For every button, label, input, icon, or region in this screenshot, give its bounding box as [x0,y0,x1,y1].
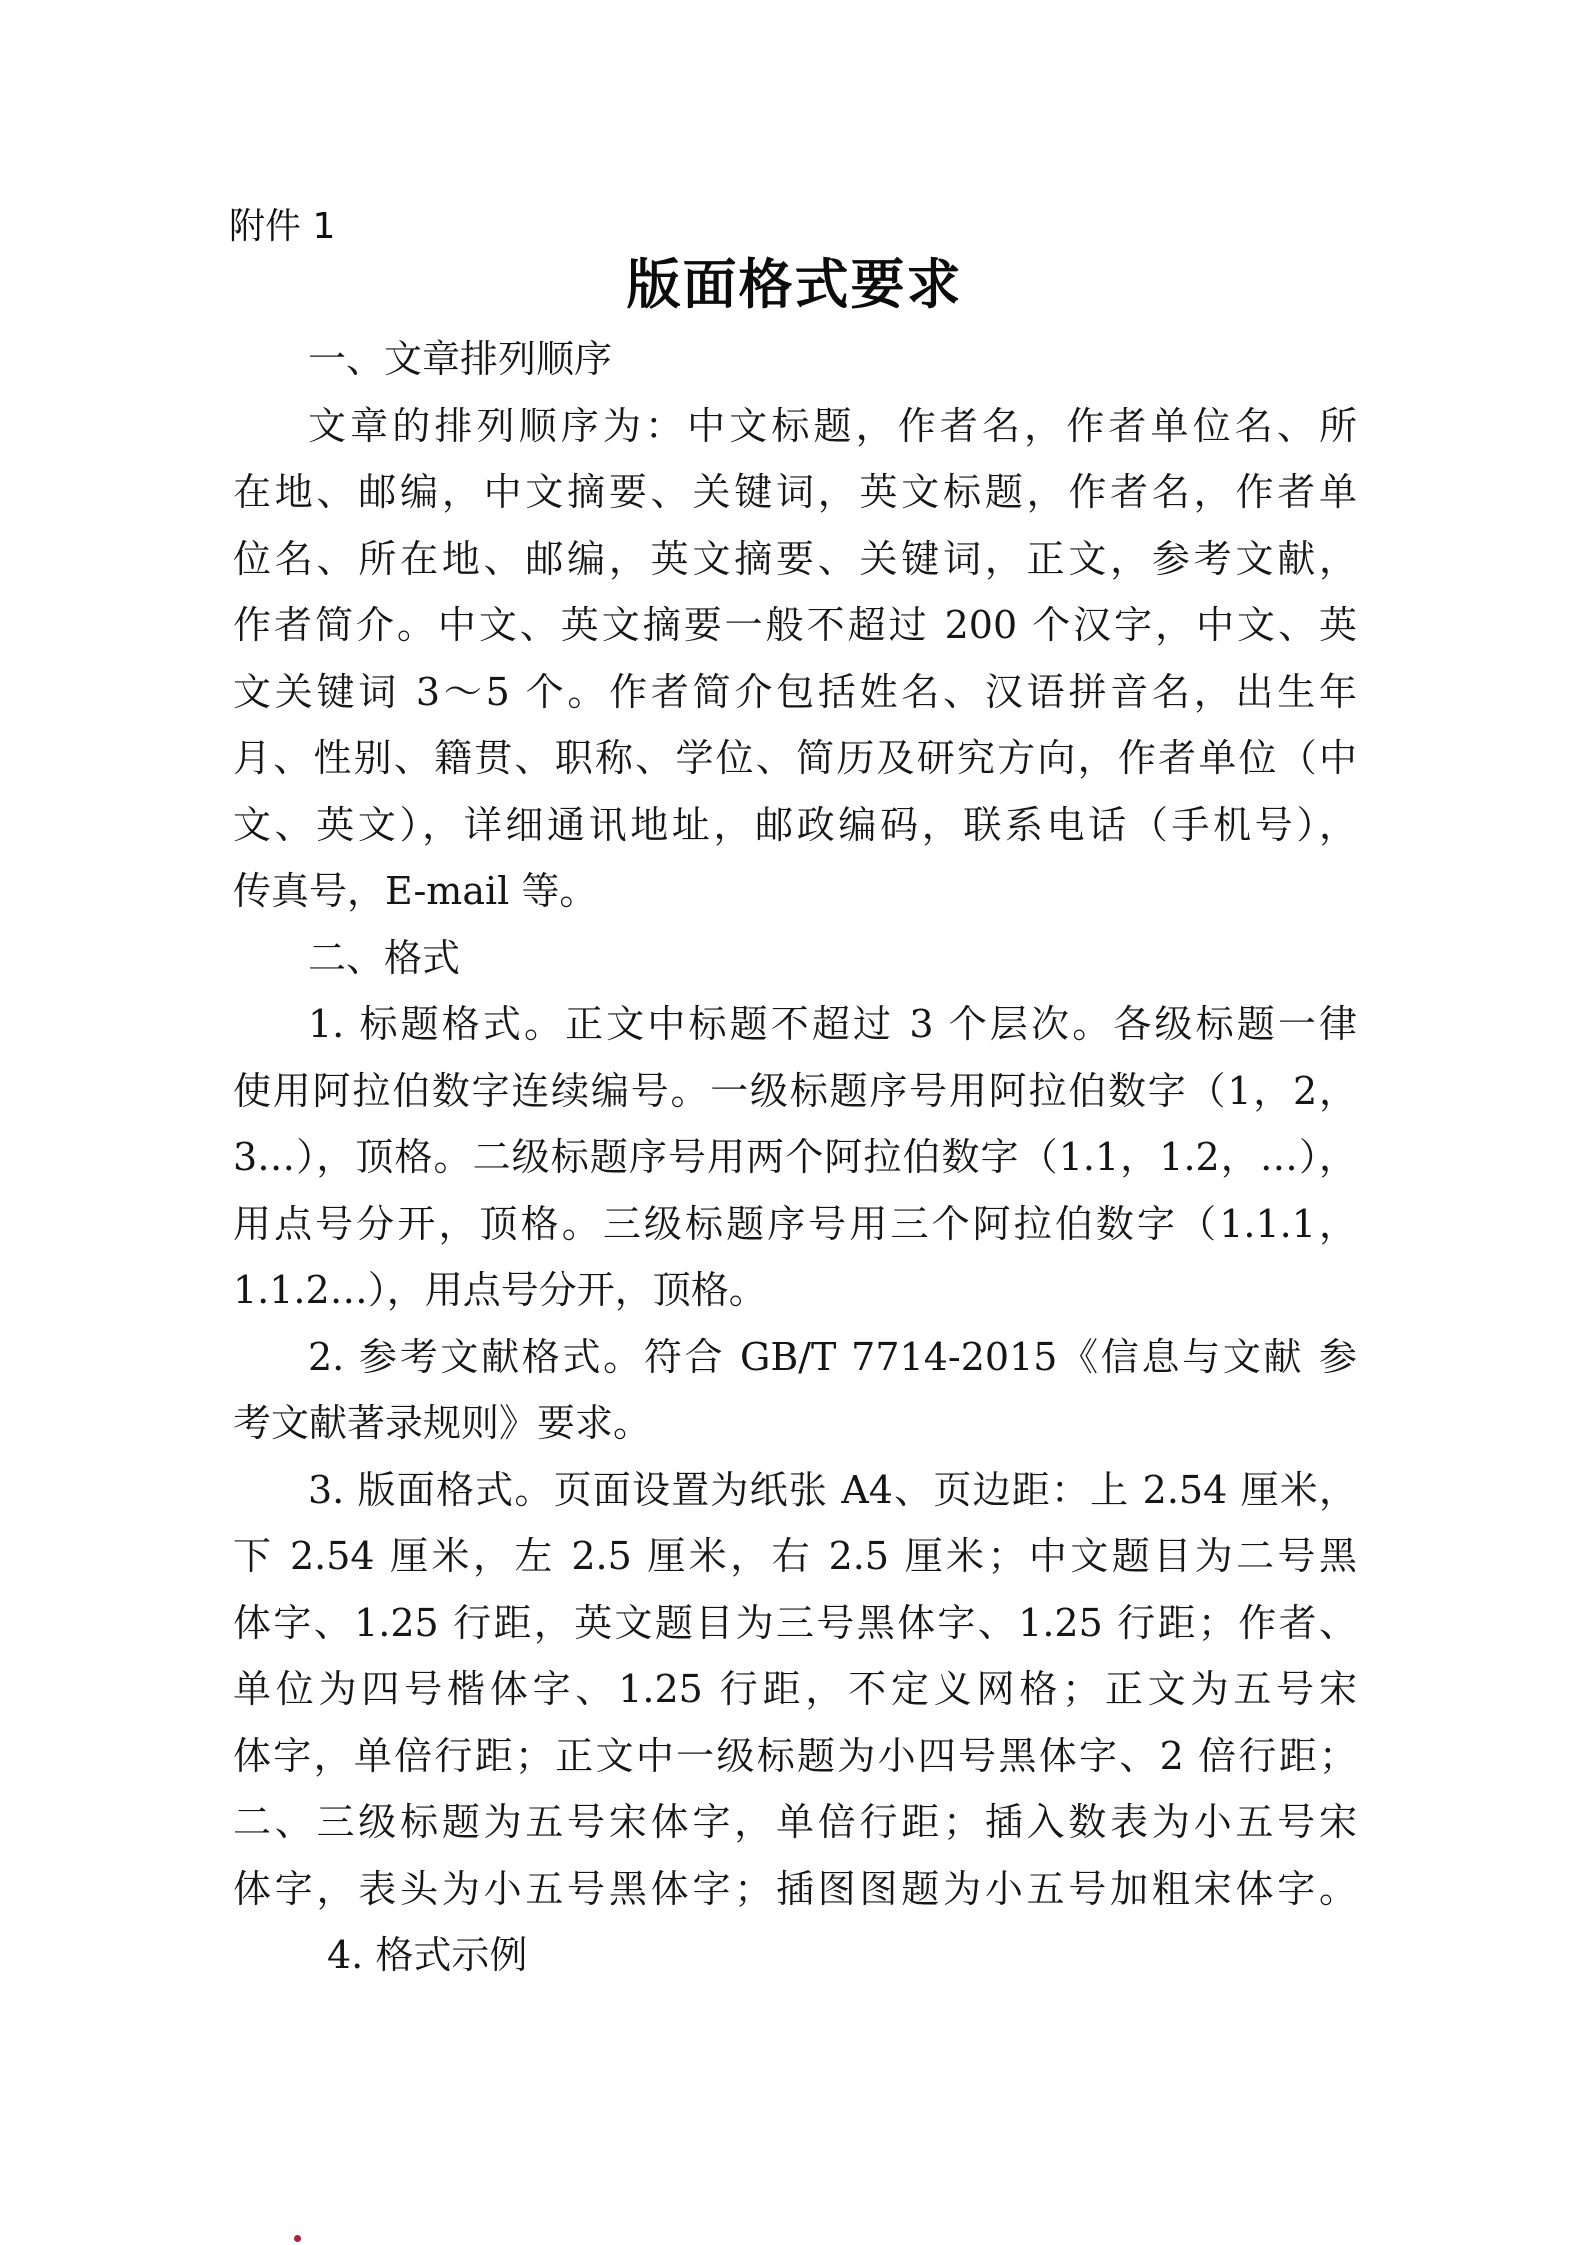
paragraph-line: 3…），顶格。二级标题序号用两个阿拉伯数字（1.1，1.2，…）， [233,1124,1357,1191]
paragraph-line: 在地、邮编，中文摘要、关键词，英文标题，作者名，作者单 [233,459,1357,526]
paragraph-line: 文、英文），详细通讯地址，邮政编码，联系电话（手机号）， [233,792,1357,859]
document-title: 版面格式要求 [0,252,1589,318]
attachment-label: 附件 1 [229,203,335,251]
paragraph-line: 二、三级标题为五号宋体字，单倍行距；插入数表为小五号宋 [233,1789,1357,1856]
section-heading-format: 二、格式 [233,925,1357,992]
paragraph-line: 下 2.54 厘米，左 2.5 厘米，右 2.5 厘米；中文题目为二号黑 [233,1523,1357,1590]
document-body: 一、文章排列顺序 文章的排列顺序为：中文标题，作者名，作者单位名、所 在地、邮编… [233,326,1357,1989]
paragraph-line-format-example: 4. 格式示例 [233,1922,1357,1989]
paragraph-line: 作者简介。中文、英文摘要一般不超过 200 个汉字，中文、英 [233,592,1357,659]
paragraph-line: 单位为四号楷体字、1.25 行距，不定义网格；正文为五号宋 [233,1656,1357,1723]
paragraph-line: 月、性别、籍贯、职称、学位、简历及研究方向，作者单位（中 [233,725,1357,792]
paragraph-line: 传真号，E-mail 等。 [233,858,1357,925]
document-page: 附件 1 版面格式要求 一、文章排列顺序 文章的排列顺序为：中文标题，作者名，作… [0,0,1589,2245]
paragraph-line: 体字、1.25 行距，英文题目为三号黑体字、1.25 行距；作者、 [233,1590,1357,1657]
stray-red-mark [294,2235,301,2242]
paragraph-line: 1.1.2…），用点号分开，顶格。 [233,1257,1357,1324]
paragraph-line: 2. 参考文献格式。符合 GB/T 7714-2015《信息与文献 参 [233,1324,1357,1391]
paragraph-line: 位名、所在地、邮编，英文摘要、关键词，正文，参考文献， [233,526,1357,593]
paragraph-line: 1. 标题格式。正文中标题不超过 3 个层次。各级标题一律 [233,991,1357,1058]
section-heading-order: 一、文章排列顺序 [233,326,1357,393]
paragraph-line: 体字，单倍行距；正文中一级标题为小四号黑体字、2 倍行距； [233,1723,1357,1790]
paragraph-line: 文章的排列顺序为：中文标题，作者名，作者单位名、所 [233,393,1357,460]
paragraph-line: 文关键词 3～5 个。作者简介包括姓名、汉语拼音名，出生年 [233,659,1357,726]
paragraph-line: 使用阿拉伯数字连续编号。一级标题序号用阿拉伯数字（1，2， [233,1058,1357,1125]
paragraph-line: 考文献著录规则》要求。 [233,1390,1357,1457]
paragraph-line: 3. 版面格式。页面设置为纸张 A4、页边距：上 2.54 厘米， [233,1457,1357,1524]
paragraph-line: 用点号分开，顶格。三级标题序号用三个阿拉伯数字（1.1.1， [233,1191,1357,1258]
paragraph-line: 体字，表头为小五号黑体字；插图图题为小五号加粗宋体字。 [233,1856,1357,1923]
